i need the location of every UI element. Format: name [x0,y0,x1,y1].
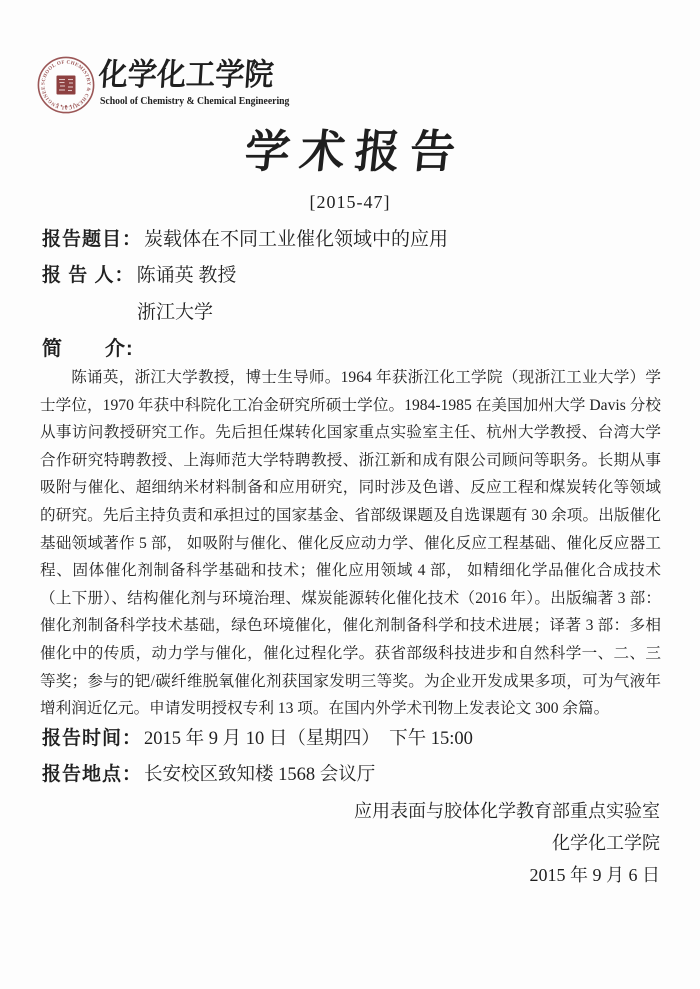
page-title: 学术报告 [0,124,700,180]
time-value: 2015 年 9 月 10 日（星期四） 下午 15:00 [144,729,473,749]
lecture-announcement-document: SCHOOL OF CHEMISTRY & CHEMICAL ENGINEERI… [0,0,700,989]
topic-value: 炭载体在不同工业催化领域中的应用 [144,229,448,250]
speaker-value: 陈诵英 教授 [137,265,237,286]
speaker-affiliation: 浙江大学 [137,297,213,324]
calligraphy-signature-mark: 〻〻 [249,60,256,76]
intro-label: 简 介: [42,332,134,361]
time-row: 报告时间：2015 年 9 月 10 日（星期四） 下午 15:00 [42,723,473,750]
signature-block: 应用表面与胶体化学教育部重点实验室 化学化工学院 2015 年 9 月 6 日 [354,795,660,891]
announcement-date: 2015 年 9 月 6 日 [354,859,660,891]
organizer-school: 化学化工学院 [354,827,660,859]
organizer-lab: 应用表面与胶体化学教育部重点实验室 [354,795,660,827]
topic-row: 报告题目：炭载体在不同工业催化领域中的应用 [42,224,448,251]
venue-row: 报告地点：长安校区致知楼 1568 会议厅 [42,759,375,786]
speaker-biography: 陈诵英，浙江大学教授，博士生导师。1964 年获浙江化工学院（现浙江工业大学）学… [40,364,661,723]
speaker-row: 报 告 人：陈诵英 教授 [42,260,236,287]
school-seal-icon: SCHOOL OF CHEMISTRY & CHEMICAL ENGINEERI… [36,55,96,115]
speaker-label: 报 告 人： [42,265,135,286]
issue-number: [2015-47] [0,190,700,214]
school-name-english: School of Chemistry & Chemical Engineeri… [100,96,289,108]
venue-label: 报告地点： [42,764,142,785]
venue-value: 长安校区致知楼 1568 会议厅 [144,765,375,785]
logo-text-block: 化学化工学院 School of Chemistry & Chemical En… [100,55,295,108]
time-label: 报告时间： [42,728,142,749]
topic-label: 报告题目： [42,229,142,250]
